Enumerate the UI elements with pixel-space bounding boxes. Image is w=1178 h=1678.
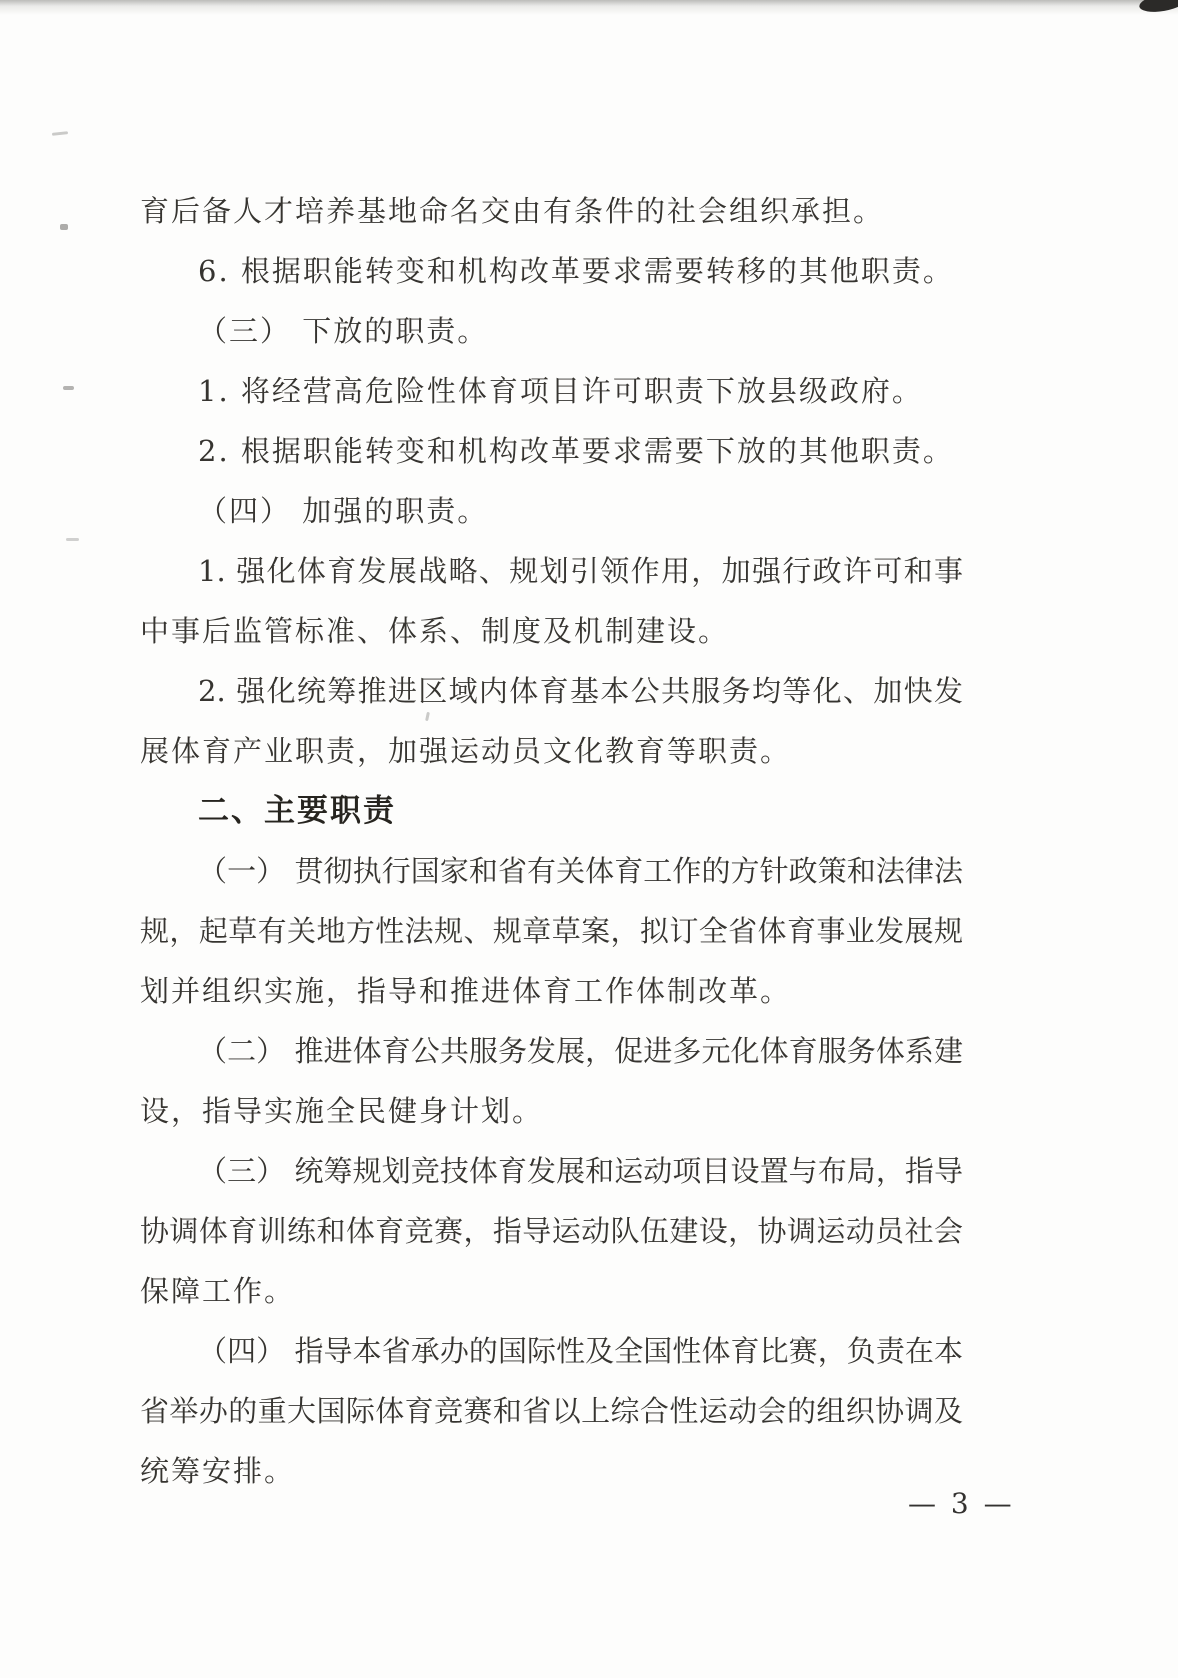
scan-speck: [52, 131, 68, 136]
text-line: 规，起草有关地方性法规、规章草案，拟订全省体育事业发展规: [140, 901, 963, 961]
document-body: 育后备人才培养基地命名交由有条件的社会组织承担。6. 根据职能转变和机构改革要求…: [140, 181, 963, 1501]
text-line: 统筹安排。: [140, 1441, 963, 1501]
text-line: （二） 推进体育公共服务发展，促进多元化体育服务体系建: [140, 1021, 963, 1081]
text-line: （三） 下放的职责。: [140, 301, 963, 361]
text-line: （一） 贯彻执行国家和省有关体育工作的方针政策和法律法: [140, 841, 963, 901]
scan-speck: [60, 224, 68, 230]
text-line: 划并组织实施，指导和推进体育工作体制改革。: [140, 961, 963, 1021]
text-line: 育后备人才培养基地命名交由有条件的社会组织承担。: [140, 181, 963, 241]
text-line: 展体育产业职责，加强运动员文化教育等职责。: [140, 721, 963, 781]
section-heading: 二、主要职责: [140, 781, 963, 841]
text-line: 2. 根据职能转变和机构改革要求需要下放的其他职责。: [140, 421, 963, 481]
scan-speck: [66, 538, 79, 541]
text-line: 保障工作。: [140, 1261, 963, 1321]
text-line: （四） 加强的职责。: [140, 481, 963, 541]
text-line: 2. 强化统筹推进区域内体育基本公共服务均等化、加快发: [140, 661, 963, 721]
scan-speck: [63, 386, 74, 390]
text-line: 协调体育训练和体育竞赛，指导运动队伍建设，协调运动员社会: [140, 1201, 963, 1261]
text-line: （四） 指导本省承办的国际性及全国性体育比赛，负责在本: [140, 1321, 963, 1381]
text-line: （三） 统筹规划竞技体育发展和运动项目设置与布局，指导: [140, 1141, 963, 1201]
text-line: 省举办的重大国际体育竞赛和省以上综合性运动会的组织协调及: [140, 1381, 963, 1441]
text-line: 6. 根据职能转变和机构改革要求需要转移的其他职责。: [140, 241, 963, 301]
text-line: 1. 将经营高危险性体育项目许可职责下放县级政府。: [140, 361, 963, 421]
text-line: 1. 强化体育发展战略、规划引领作用，加强行政许可和事: [140, 541, 963, 601]
page-number: — 3 —: [908, 1486, 1015, 1522]
text-line: 设，指导实施全民健身计划。: [140, 1081, 963, 1141]
scan-edge-shadow: [0, 0, 1178, 15]
text-line: 中事后监管标准、体系、制度及机制建设。: [140, 601, 963, 661]
